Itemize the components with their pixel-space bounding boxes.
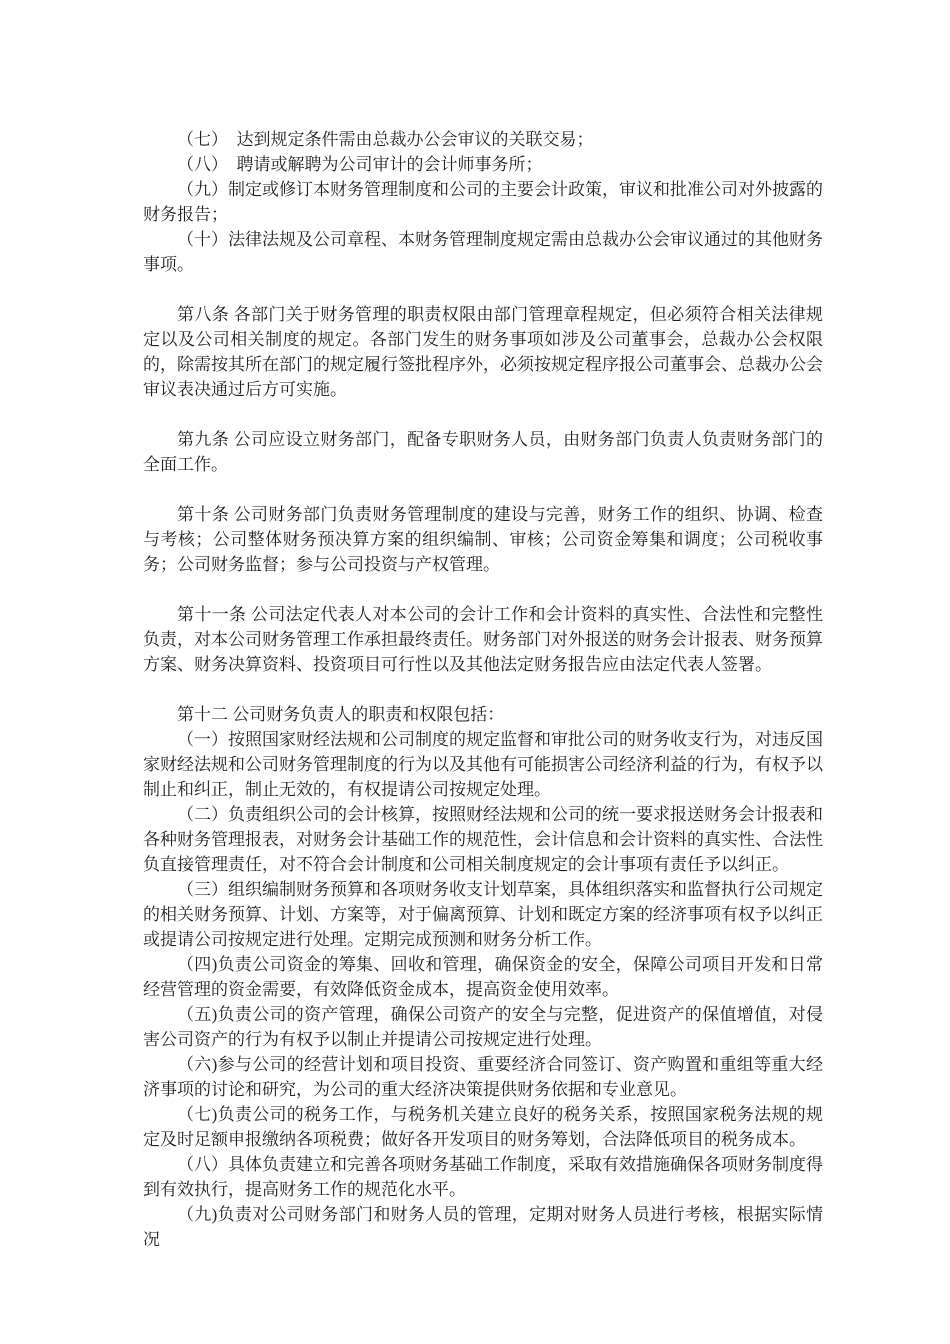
item-7: （七） 达到规定条件需由总裁办公会审议的关联交易； — [143, 127, 823, 152]
article-12-heading: 第十二 公司财务负责人的职责和权限包括： — [143, 702, 823, 727]
duty-2: （二）负责组织公司的会计核算，按照财经法规和公司的统一要求报送财务会计报表和各种… — [143, 802, 823, 877]
duty-3: （三）组织编制财务预算和各项财务收支计划草案，具体组织落实和监督执行公司规定的相… — [143, 877, 823, 952]
article-11: 第十一条 公司法定代表人对本公司的会计工作和会计资料的真实性、合法性和完整性负责… — [143, 602, 823, 677]
article-10: 第十条 公司财务部门负责财务管理制度的建设与完善，财务工作的组织、协调、检查与考… — [143, 502, 823, 577]
duty-9: （九)负责对公司财务部门和财务人员的管理，定期对财务人员进行考核，根据实际情况 — [143, 1202, 823, 1252]
document-body: （七） 达到规定条件需由总裁办公会审议的关联交易； （八） 聘请或解聘为公司审计… — [143, 127, 823, 1252]
article-8: 第八条 各部门关于财务管理的职责权限由部门管理章程规定，但必须符合相关法律规定以… — [143, 302, 823, 402]
item-8: （八） 聘请或解聘为公司审计的会计师事务所； — [143, 152, 823, 177]
duty-7: （七)负责公司的税务工作，与税务机关建立良好的税务关系，按照国家税务法规的规定及… — [143, 1102, 823, 1152]
duty-4: （四)负责公司资金的筹集、回收和管理，确保资金的安全，保障公司项目开发和日常经营… — [143, 952, 823, 1002]
document-page: （七） 达到规定条件需由总裁办公会审议的关联交易； （八） 聘请或解聘为公司审计… — [0, 0, 950, 1344]
article-9: 第九条 公司应设立财务部门，配备专职财务人员，由财务部门负责人负责财务部门的全面… — [143, 427, 823, 477]
item-10: （十）法律法规及公司章程、本财务管理制度规定需由总裁办公会审议通过的其他财务事项… — [143, 227, 823, 277]
duty-5: （五)负责公司的资产管理，确保公司资产的安全与完整，促进资产的保值增值，对侵害公… — [143, 1002, 823, 1052]
item-9: （九）制定或修订本财务管理制度和公司的主要会计政策，审议和批准公司对外披露的财务… — [143, 177, 823, 227]
duty-6: （六)参与公司的经营计划和项目投资、重要经济合同签订、资产购置和重组等重大经济事… — [143, 1052, 823, 1102]
duty-8: （八）具体负责建立和完善各项财务基础工作制度，采取有效措施确保各项财务制度得到有… — [143, 1152, 823, 1202]
duty-1: （一）按照国家财经法规和公司制度的规定监督和审批公司的财务收支行为，对违反国家财… — [143, 727, 823, 802]
